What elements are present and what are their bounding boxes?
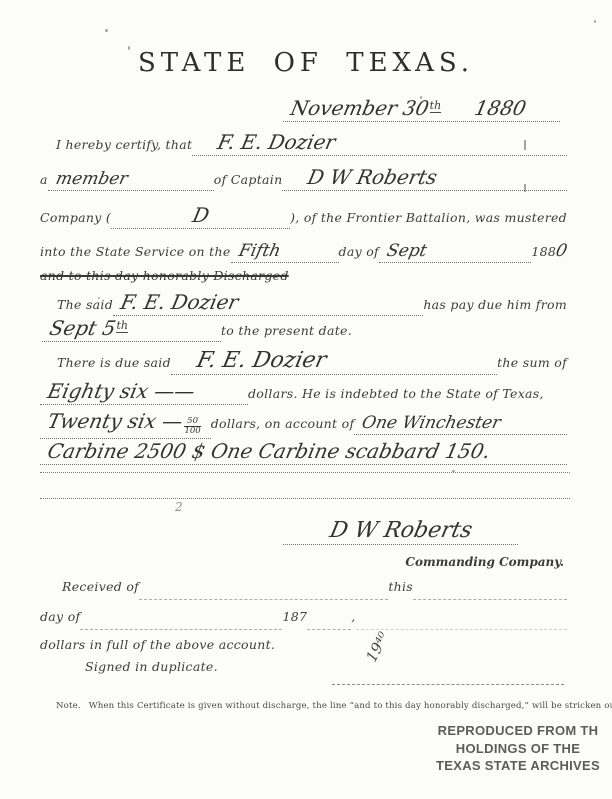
handwritten-year-digit: 0 [554, 243, 568, 260]
stamp-line-2: HOLDINGS OF THE [412, 740, 612, 758]
struck-text: and to this day honorably Discharged [40, 268, 289, 283]
muster-month-slot: Sept [379, 241, 531, 263]
this-label: this [388, 579, 413, 594]
stamp-line-1: REPRODUCED FROM TH [412, 722, 612, 740]
signed-duplicate-text: Signed in duplicate. [85, 659, 218, 674]
handwritten-company-letter: D [190, 205, 210, 225]
blank-rule [40, 498, 570, 499]
handwritten-date: November 30 [289, 98, 431, 118]
received-blank-slot [139, 579, 388, 600]
short-blank-rule [332, 684, 564, 685]
handwritten-items: Carbine 2500 $ One Carbine scabbard 150. [46, 441, 492, 461]
document-title: STATE OF TEXAS. [0, 48, 612, 78]
amount-suffix: dollars. He is indebted to the State of … [248, 386, 544, 401]
amount-slot: Eighty six —— [40, 381, 248, 405]
handwritten-captain: D W Roberts [306, 167, 439, 187]
footnote-text: When this Certificate is given without d… [89, 701, 612, 711]
document-page: STATE OF TEXAS. November 30th1880 I here… [0, 0, 612, 799]
fraction-denominator: 100 [184, 427, 200, 436]
signature-slot: D W Roberts [283, 520, 518, 545]
handwritten-name: F. E. Dozier [216, 132, 337, 152]
pay-line: The said F. E. Dozier has pay due him fr… [57, 292, 567, 316]
received-of-label: Received of [62, 579, 139, 594]
of-captain-label: of Captain [214, 172, 283, 187]
handwritten-muster-day: Fifth [237, 243, 282, 260]
member-slot: member [48, 169, 214, 191]
this-blank-slot [413, 579, 567, 600]
due-name-slot: F. E. Dozier [171, 350, 497, 375]
muster-prefix: into the State Service on the [40, 244, 231, 259]
handwritten-debt: Twenty six — [46, 411, 185, 431]
member-prefix: a [40, 172, 48, 187]
handwritten-pay-name: F. E. Dozier [119, 292, 240, 312]
blank-rule [40, 472, 570, 473]
company-line: Company ( D ), of the Frontier Battalion… [40, 205, 567, 229]
day-blank-slot [80, 609, 282, 630]
pay-suffix: has pay due him from [423, 297, 567, 312]
pay-from-ordinal: th [116, 319, 128, 333]
trailing-blank-slot [356, 609, 568, 630]
signature-name: D W Roberts [327, 520, 473, 542]
dollars-full-text: dollars in full of the above account. [40, 637, 275, 652]
handwritten-muster-month: Sept [385, 243, 428, 260]
pay-from-line: Sept 5th to the present date. [42, 318, 352, 342]
company-suffix: ), of the Frontier Battalion, was muster… [290, 210, 567, 225]
present-date-label: to the present date. [221, 323, 352, 338]
company-prefix: Company ( [40, 210, 111, 225]
signature-line: D W Roberts [283, 520, 518, 545]
receipt-day-of-label: day of [40, 609, 80, 624]
dollars-full-line: dollars in full of the above account. [40, 637, 275, 652]
day-of-label: day of [339, 244, 379, 259]
debt-amount-slot: Twenty six —50100 [40, 411, 211, 439]
amount-line: Eighty six —— dollars. He is indebted to… [40, 381, 567, 405]
faint-scribble: 2 [175, 500, 189, 514]
company-slot: D [111, 205, 290, 229]
printed-187: 187 [282, 609, 307, 624]
the-said-label: The said [57, 297, 113, 312]
muster-day-slot: Fifth [231, 241, 339, 263]
discharge-line: and to this day honorably Discharged [40, 268, 289, 283]
received-line: Received of this [62, 579, 567, 600]
archive-stamp: REPRODUCED FROM TH HOLDINGS OF THE TEXAS… [412, 722, 612, 775]
member-line: a member of Captain D W Roberts [40, 167, 567, 191]
sum-of-label: the sum of [497, 355, 567, 370]
signature-role: Commanding Company. [405, 555, 564, 569]
signed-duplicate-line: Signed in duplicate. [85, 659, 218, 674]
signature-role-line: Commanding Company. [405, 555, 564, 569]
handwritten-debt-items: One Winchester [361, 415, 503, 432]
year-blank-slot [307, 609, 351, 630]
date-ordinal: th [430, 99, 442, 113]
printed-year-prefix: 188 [531, 244, 556, 259]
captain-slot: D W Roberts [282, 167, 567, 191]
name-slot: F. E. Dozier [192, 132, 567, 156]
debt-items-slot: One Winchester [354, 413, 567, 435]
pay-from-slot: Sept 5th [42, 318, 221, 342]
pencil-mark: 19⁴⁰ [362, 629, 393, 665]
footnote: Note.When this Certificate is given with… [56, 701, 612, 711]
certify-prefix: I hereby certify, that [56, 137, 192, 152]
muster-line: into the State Service on the Fifth day … [40, 241, 567, 263]
handwritten-year: 1880 [473, 98, 528, 118]
handwritten-amount: Eighty six —— [46, 381, 197, 401]
stamp-line-3: TEXAS STATE ARCHIVES [412, 757, 612, 775]
handwritten-member: member [54, 171, 129, 188]
account-of-label: dollars, on account of [211, 416, 355, 431]
items-line: Carbine 2500 $ One Carbine scabbard 150. [40, 441, 567, 465]
scan-artifact [105, 29, 108, 32]
due-line: There is due said F. E. Dozier the sum o… [57, 350, 567, 375]
handwritten-due-name: F. E. Dozier [195, 350, 329, 372]
scan-artifact [594, 20, 596, 23]
debt-line: Twenty six —50100 dollars, on account of… [40, 411, 567, 439]
items-slot: Carbine 2500 $ One Carbine scabbard 150. [40, 441, 567, 465]
certify-line: I hereby certify, that F. E. Dozier [56, 132, 567, 156]
due-prefix: There is due said [57, 355, 171, 370]
date-slot: November 30th1880 [283, 98, 560, 122]
day-of-line: day of 187 , [40, 609, 567, 630]
pay-name-slot: F. E. Dozier [113, 292, 423, 316]
date-line: November 30th1880 [283, 98, 560, 122]
handwritten-pay-from: Sept 5 [48, 318, 118, 338]
debt-fraction: 50100 [184, 417, 200, 437]
footnote-label: Note. [56, 701, 81, 711]
